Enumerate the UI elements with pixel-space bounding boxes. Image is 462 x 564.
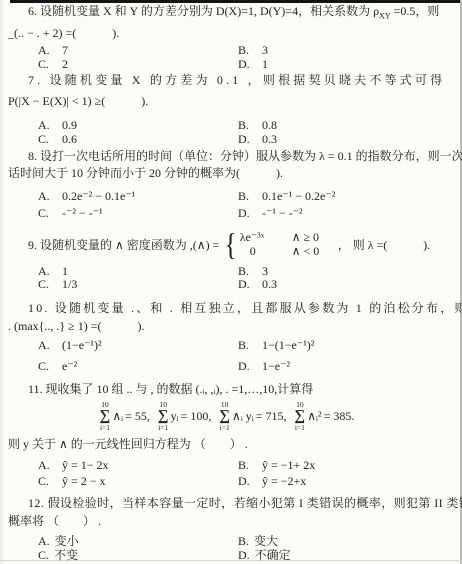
case-row: λe⁻³ˣ∧ ≥ 0 bbox=[240, 230, 338, 244]
option-text: e⁻² bbox=[62, 359, 77, 373]
option-a: A.7 bbox=[38, 43, 238, 57]
option-b: B.ŷ = −1+ 2x bbox=[238, 457, 450, 473]
sum-expression: ∧ᵢ² bbox=[307, 409, 321, 424]
option-text: 3 bbox=[262, 264, 268, 278]
option-label: D. bbox=[238, 57, 254, 71]
option-c: C.0.6 bbox=[38, 132, 238, 146]
option-text: 1 bbox=[262, 57, 268, 71]
case-expression: λe⁻³ˣ bbox=[240, 230, 292, 244]
option-c: C.ŷ = 2 − x bbox=[38, 473, 238, 489]
question-10: 10. 设随机变量 .、和 . 相互独立，且都服从参数为 1 的泊松分布，则 .… bbox=[8, 301, 450, 375]
option-label: C. bbox=[38, 205, 54, 222]
question-11: 11. 现收集了 10 组 .. 与 , 的数据 (.ᵢ, ,ᵢ), . =1,… bbox=[8, 382, 450, 489]
sum-lower-limit: i=1 bbox=[100, 424, 110, 432]
sum-lower-limit: i=1 bbox=[295, 424, 305, 432]
option-label: D. bbox=[238, 132, 254, 146]
option-label: C. bbox=[38, 548, 49, 562]
page-top-border bbox=[10, 0, 462, 3]
option-label: D. bbox=[238, 205, 254, 222]
option-c: C.2 bbox=[38, 57, 238, 71]
option-c: C.e⁻² bbox=[38, 358, 238, 375]
option-d: D.0.3 bbox=[238, 132, 450, 146]
question-11-options: A.ŷ = 1− 2x B.ŷ = −1+ 2x C.ŷ = 2 − x D.ŷ… bbox=[38, 457, 450, 489]
option-label: C. bbox=[38, 278, 54, 291]
sum-expression: ∧ᵢ bbox=[112, 409, 123, 424]
option-c: C.-⁻² − -⁻¹ bbox=[38, 205, 238, 222]
sum-lower-limit: i=1 bbox=[158, 424, 168, 432]
sum-value: = 385. bbox=[324, 409, 355, 424]
option-label: D. bbox=[238, 473, 254, 489]
option-text: ŷ = −1+ 2x bbox=[262, 458, 315, 472]
question-6: 6. 设随机变量 X 和 Y 的方差分别为 D(X)=1, D(Y)=4，相关系… bbox=[8, 4, 450, 71]
question-6-stem-line-2: _(.. − . + 2) =( ). bbox=[8, 27, 450, 40]
option-label: C. bbox=[38, 358, 54, 375]
sum-lower-limit: i=1 bbox=[220, 424, 230, 432]
case-condition: ∧ ≥ 0 bbox=[292, 230, 338, 244]
question-11-formula: 10∑i=1∧ᵢ= 55, 10∑i=1yᵢ= 100, 10∑i=1∧ᵢ yᵢ… bbox=[8, 401, 450, 431]
sum-value: = 55, bbox=[125, 409, 150, 424]
option-label: B. bbox=[238, 457, 254, 473]
option-text: ŷ = 1− 2x bbox=[62, 458, 109, 472]
stem-text: 9. 设随机变量的 ∧ 密度函数为 ,(∧) = bbox=[28, 236, 219, 253]
question-12-stem-line-1: 12. 假设检验时，当样本容量一定时，若缩小犯第 I 类错误的概率，则犯第 II… bbox=[8, 496, 450, 510]
option-text: 2 bbox=[62, 57, 68, 71]
question-12-options: A.变小 B.变大 C.不变 D.不确定 bbox=[38, 534, 450, 562]
page-left-edge bbox=[0, 0, 3, 564]
option-label: B. bbox=[238, 534, 249, 548]
case-expression: 0 bbox=[240, 244, 292, 258]
question-8-stem-line-2: 话时间大于 10 分钟而小于 20 分钟的概率为( ). bbox=[8, 166, 450, 180]
option-a: A.0.9 bbox=[38, 118, 238, 132]
sum-expression: ∧ᵢ yᵢ bbox=[232, 409, 254, 424]
option-c: C.1/3 bbox=[38, 278, 238, 291]
option-label: C. bbox=[38, 57, 54, 71]
option-b: B.3 bbox=[238, 43, 450, 57]
option-label: A. bbox=[38, 534, 50, 548]
option-d: D.ŷ = −2+x bbox=[238, 473, 450, 489]
option-d: D.-⁻¹ − -⁻² bbox=[238, 205, 450, 222]
option-label: D. bbox=[238, 358, 254, 375]
summation-term: 10∑i=1∧ᵢ= 55, bbox=[98, 401, 156, 431]
question-11-stem-line-1: 11. 现收集了 10 组 .. 与 , 的数据 (.ᵢ, ,ᵢ), . =1,… bbox=[8, 382, 450, 396]
option-text: 1−(1−e⁻¹)² bbox=[262, 338, 314, 352]
option-c: C.不变 bbox=[38, 548, 238, 562]
option-b: B.0.8 bbox=[238, 118, 450, 132]
option-text: 0.2e⁻² − 0.1e⁻¹ bbox=[62, 189, 135, 203]
option-a: A.ŷ = 1− 2x bbox=[38, 457, 238, 473]
option-text: 0.8 bbox=[262, 118, 277, 132]
option-text: 1−e⁻² bbox=[262, 359, 290, 373]
sigma-symbol: 10∑i=1 bbox=[158, 401, 169, 431]
option-text: 0.9 bbox=[62, 118, 77, 132]
question-7-options: A.0.9 B.0.8 C.0.6 D.0.3 bbox=[38, 118, 450, 146]
question-8-options: A.0.2e⁻² − 0.1e⁻¹ B.0.1e⁻¹ − 0.2e⁻² C.-⁻… bbox=[38, 188, 450, 222]
option-text: 不变 bbox=[54, 548, 78, 562]
summation-term: 10∑i=1∧ᵢ yᵢ= 715, bbox=[217, 401, 292, 431]
option-text: 7 bbox=[62, 43, 68, 57]
option-label: B. bbox=[238, 43, 254, 57]
piecewise-cases: λe⁻³ˣ∧ ≥ 0 0∧ < 0 bbox=[240, 230, 338, 258]
option-text: 0.3 bbox=[262, 132, 277, 146]
option-text: 0.3 bbox=[262, 277, 277, 291]
option-label: A. bbox=[38, 457, 54, 473]
option-label: A. bbox=[38, 43, 54, 57]
case-condition: ∧ < 0 bbox=[292, 244, 338, 258]
option-label: A. bbox=[38, 188, 54, 205]
summation-term: 10∑i=1∧ᵢ²= 385. bbox=[293, 401, 361, 431]
option-d: D.0.3 bbox=[238, 278, 450, 291]
exam-content: 6. 设随机变量 X 和 Y 的方差分别为 D(X)=1, D(Y)=4，相关系… bbox=[8, 4, 450, 562]
option-label: B. bbox=[238, 188, 254, 205]
option-d: D.不确定 bbox=[238, 548, 450, 562]
option-text: 1 bbox=[62, 264, 68, 278]
question-6-stem-line-1: 6. 设随机变量 X 和 Y 的方差分别为 D(X)=1, D(Y)=4，相关系… bbox=[8, 4, 450, 23]
question-10-options: A.(1−e⁻¹)² B.1−(1−e⁻¹)² C.e⁻² D.1−e⁻² bbox=[38, 337, 450, 375]
exam-page: 6. 设随机变量 X 和 Y 的方差分别为 D(X)=1, D(Y)=4，相关系… bbox=[0, 0, 462, 564]
question-12: 12. 假设检验时，当样本容量一定时，若缩小犯第 I 类错误的概率，则犯第 II… bbox=[8, 496, 450, 562]
summation-term: 10∑i=1yᵢ= 100, bbox=[156, 401, 217, 431]
option-label: B. bbox=[238, 337, 254, 354]
question-9-options: A.1 B.3 C.1/3 D.0.3 bbox=[38, 265, 450, 291]
rho-subscript: XY bbox=[379, 11, 391, 20]
option-label: A. bbox=[38, 118, 54, 132]
stem-text: ， 则 λ =( ). bbox=[338, 236, 431, 253]
option-text: -⁻¹ − -⁻² bbox=[262, 206, 303, 220]
option-text: 0.1e⁻¹ − 0.2e⁻² bbox=[262, 189, 335, 203]
question-7-stem-line-1: 7. 设随机变量 X 的方差为 0.1 ，则根据契贝晓夫不等式可得 bbox=[8, 73, 450, 87]
option-text: 变大 bbox=[254, 534, 278, 548]
option-text: -⁻² − -⁻¹ bbox=[62, 206, 103, 220]
question-9: 9. 设随机变量的 ∧ 密度函数为 ,(∧) = { λe⁻³ˣ∧ ≥ 0 0∧… bbox=[8, 226, 450, 291]
option-text: ŷ = −2+x bbox=[262, 474, 306, 488]
question-10-stem-line-1: 10. 设随机变量 .、和 . 相互独立，且都服从参数为 1 的泊松分布，则 bbox=[8, 301, 450, 315]
question-6-options: A.7 B.3 C.2 D.1 bbox=[38, 43, 450, 71]
question-11-stem-line-2: 则 y 关于 ∧ 的一元线性回归方程为 （ ） . bbox=[8, 437, 450, 451]
option-label: D. bbox=[238, 548, 250, 562]
sum-expression: yᵢ bbox=[171, 409, 179, 424]
piecewise-brace: { bbox=[225, 229, 237, 259]
sigma-symbol: 10∑i=1 bbox=[219, 401, 230, 431]
sum-value: = 100, bbox=[181, 409, 212, 424]
question-8-stem-line-1: 8. 设打一次电话所用的时间（单位：分钟）服从参数为 λ = 0.1 的指数分布… bbox=[8, 149, 450, 163]
question-12-stem-line-2: 概率将 （ ） . bbox=[8, 514, 450, 528]
question-7: 7. 设随机变量 X 的方差为 0.1 ，则根据契贝晓夫不等式可得 P(|X −… bbox=[8, 73, 450, 146]
option-text: (1−e⁻¹)² bbox=[62, 338, 102, 352]
sigma-symbol: 10∑i=1 bbox=[100, 401, 111, 431]
option-a: A.变小 bbox=[38, 534, 238, 548]
option-text: 0.6 bbox=[62, 132, 77, 146]
question-8: 8. 设打一次电话所用的时间（单位：分钟）服从参数为 λ = 0.1 的指数分布… bbox=[8, 149, 450, 222]
option-text: 1/3 bbox=[62, 277, 77, 291]
sigma-symbol: 10∑i=1 bbox=[295, 401, 306, 431]
case-row: 0∧ < 0 bbox=[240, 244, 338, 258]
option-b: B.变大 bbox=[238, 534, 450, 548]
option-a: A.0.2e⁻² − 0.1e⁻¹ bbox=[38, 188, 238, 205]
option-a: A.(1−e⁻¹)² bbox=[38, 337, 238, 354]
question-10-stem-line-2: . (max{.., .} ≥ 1) =( ). bbox=[8, 319, 450, 333]
stem-text: 6. 设随机变量 X 和 Y 的方差分别为 D(X)=1, D(Y)=4，相关系… bbox=[28, 4, 379, 18]
option-text: 3 bbox=[262, 43, 268, 57]
option-b: B.0.1e⁻¹ − 0.2e⁻² bbox=[238, 188, 450, 205]
option-b: B.1−(1−e⁻¹)² bbox=[238, 337, 450, 354]
option-text: ŷ = 2 − x bbox=[62, 474, 106, 488]
question-7-stem-line-2: P(|X − E(X)| < 1) ≥( ). bbox=[8, 93, 450, 109]
option-d: D.1 bbox=[238, 57, 450, 71]
option-d: D.1−e⁻² bbox=[238, 358, 450, 375]
stem-text: =0.5，则 bbox=[391, 4, 440, 18]
option-label: C. bbox=[38, 132, 54, 146]
sum-value: = 715, bbox=[256, 409, 287, 424]
question-9-stem: 9. 设随机变量的 ∧ 密度函数为 ,(∧) = { λe⁻³ˣ∧ ≥ 0 0∧… bbox=[8, 226, 450, 262]
option-label: B. bbox=[238, 118, 254, 132]
option-label: A. bbox=[38, 337, 54, 354]
option-text: 变小 bbox=[55, 534, 79, 548]
option-label: D. bbox=[238, 278, 254, 291]
option-label: C. bbox=[38, 473, 54, 489]
option-text: 不确定 bbox=[255, 548, 291, 562]
